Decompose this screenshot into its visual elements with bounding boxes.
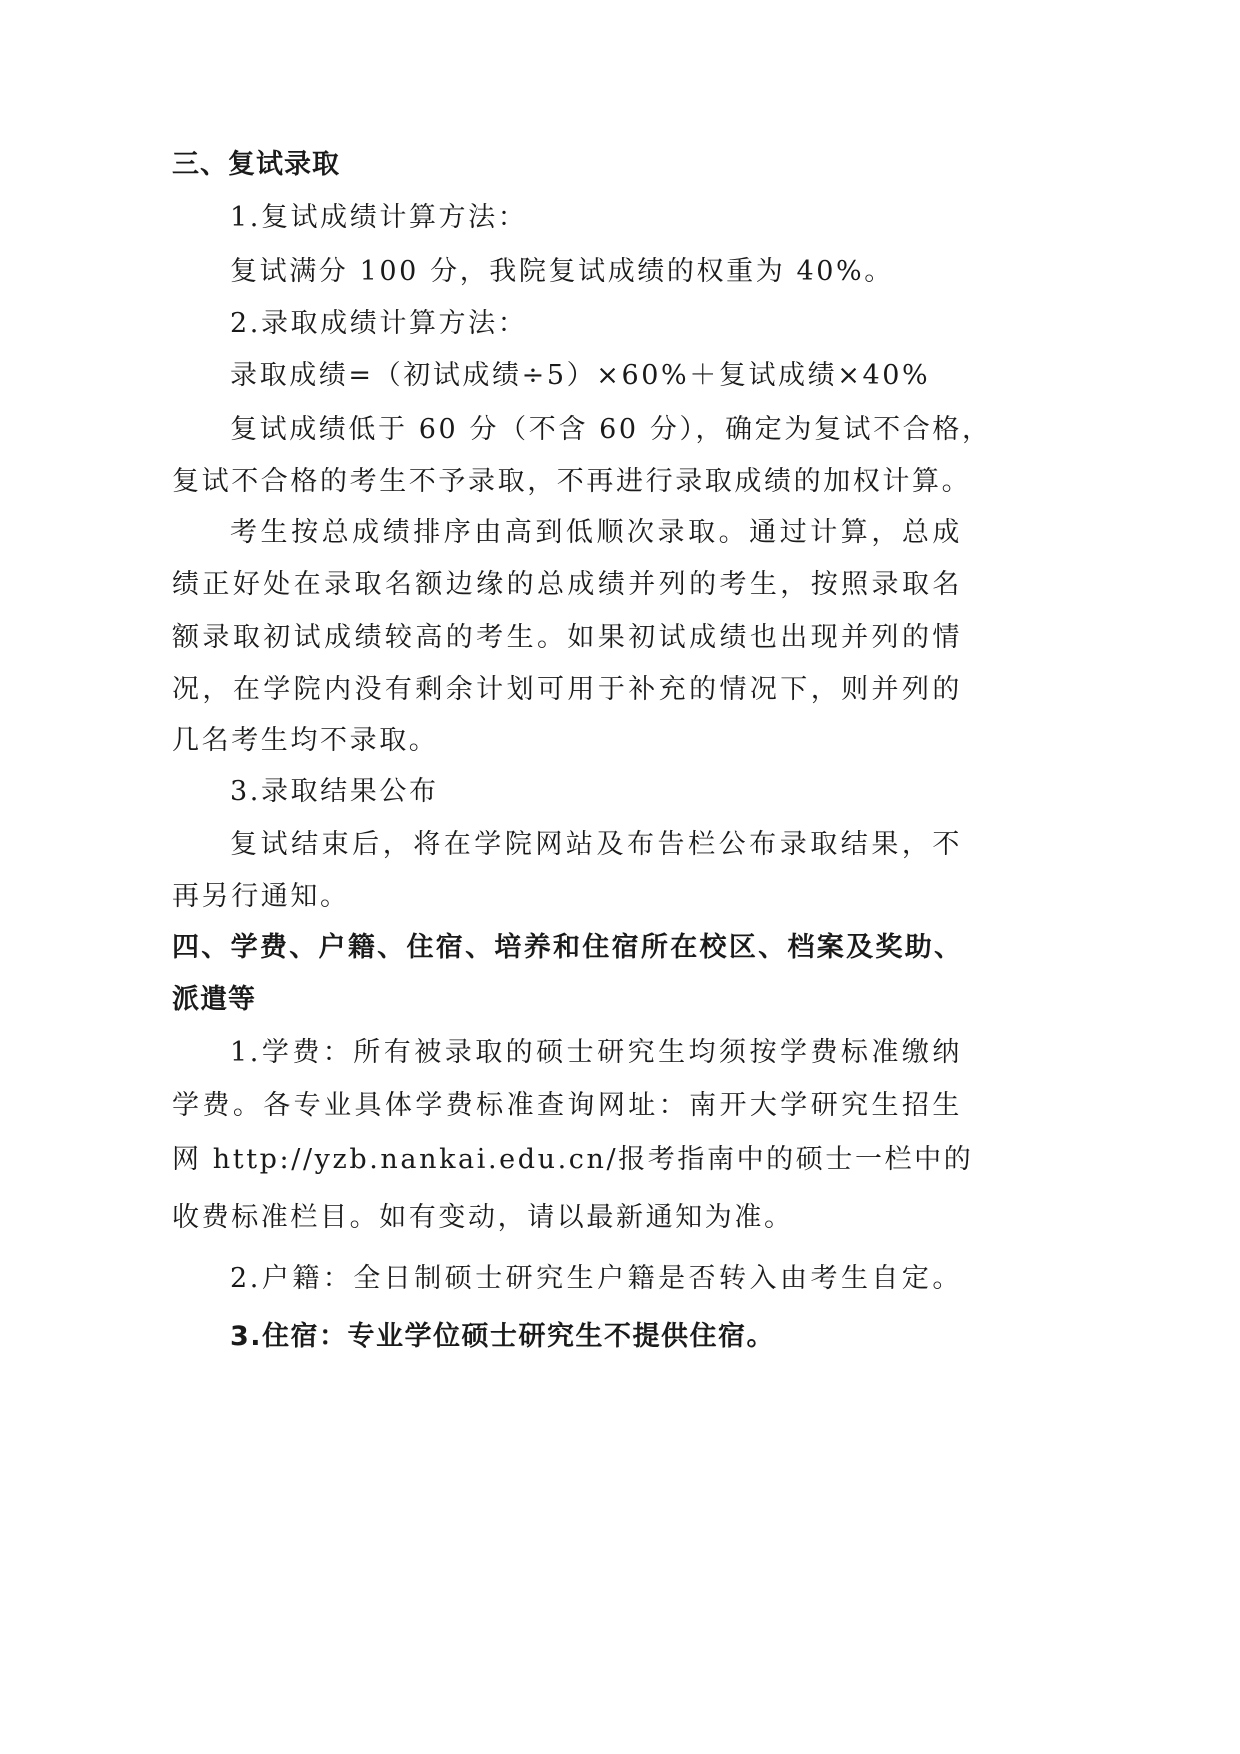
- ranking-rule-line-3: 额录取初试成绩较高的考生。如果初试成绩也出现并列的情: [172, 618, 962, 658]
- results-announcement-line-2: 再另行通知。: [172, 877, 962, 917]
- section-heading-tuition-etc-line-1: 四、学费、户籍、住宿、培养和住宿所在校区、档案及奖助、: [172, 928, 962, 968]
- tuition-line-4: 收费标准栏目。如有变动，请以最新通知为准。: [172, 1198, 962, 1238]
- admission-formula: 录取成绩=（初试成绩÷5）×60%＋复试成绩×40%: [230, 356, 962, 396]
- ranking-rule-line-1: 考生按总成绩排序由高到低顺次录取。通过计算，总成: [230, 513, 962, 553]
- ranking-rule-line-4: 况，在学院内没有剩余计划可用于补充的情况下，则并列的: [172, 670, 962, 710]
- tuition-line-3-with-url: 网 http://yzb.nankai.edu.cn/报考指南中的硕士一栏中的: [172, 1140, 962, 1180]
- section-heading-tuition-etc-line-2: 派遣等: [172, 980, 962, 1020]
- document-page: 三、复试录取 1.复试成绩计算方法： 复试满分 100 分，我院复试成绩的权重为…: [0, 0, 1240, 1754]
- ranking-rule-line-2: 绩正好处在录取名额边缘的总成绩并列的考生，按照录取名: [172, 565, 962, 605]
- fail-rule-line-1: 复试成绩低于 60 分（不含 60 分），确定为复试不合格，: [230, 410, 962, 450]
- item-title-retest-score-method: 1.复试成绩计算方法：: [230, 198, 962, 238]
- tuition-line-2: 学费。各专业具体学费标准查询网址：南开大学研究生招生: [172, 1086, 962, 1126]
- results-announcement-line-1: 复试结束后，将在学院网站及布告栏公布录取结果，不: [230, 825, 962, 865]
- fail-rule-line-2: 复试不合格的考生不予录取，不再进行录取成绩的加权计算。: [172, 462, 962, 502]
- tuition-line-1: 1.学费：所有被录取的硕士研究生均须按学费标准缴纳: [230, 1033, 962, 1073]
- ranking-rule-line-5: 几名考生均不录取。: [172, 721, 962, 761]
- hukou-rule: 2.户籍：全日制硕士研究生户籍是否转入由考生自定。: [230, 1259, 962, 1299]
- item-title-admission-score-method: 2.录取成绩计算方法：: [230, 304, 962, 344]
- item-body-retest-score: 复试满分 100 分，我院复试成绩的权重为 40%。: [230, 252, 962, 292]
- section-heading-admission: 三、复试录取: [172, 145, 962, 185]
- housing-rule: 3.住宿：专业学位硕士研究生不提供住宿。: [230, 1317, 962, 1357]
- item-title-results-announcement: 3.录取结果公布: [230, 772, 962, 812]
